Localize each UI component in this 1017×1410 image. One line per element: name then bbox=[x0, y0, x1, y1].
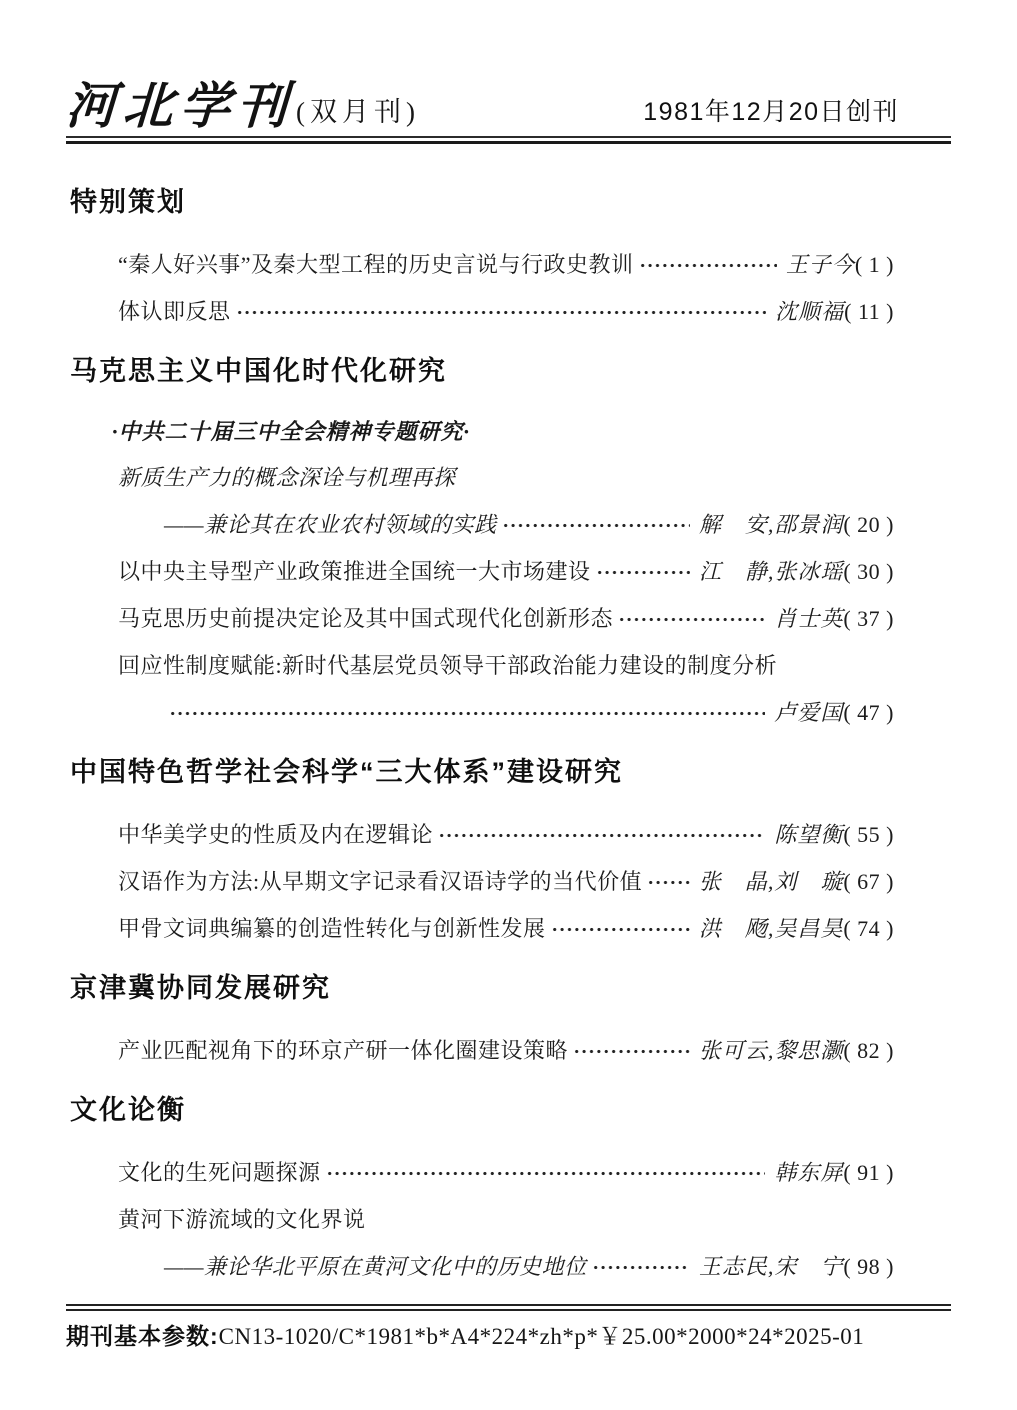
article-page-number: ( 74 ) bbox=[843, 916, 894, 941]
toc-entry: 产业匹配视角下的环京产研一体化圈建设策略 张可云,黎思灏( 82 ) bbox=[118, 1036, 951, 1066]
toc-section: 中国特色哲学社会科学“三大体系”建设研究 中华美学史的性质及内在逻辑论 陈望衡(… bbox=[66, 754, 951, 944]
article-ref: 江 静,张冰瑶( 30 ) bbox=[699, 557, 894, 587]
toc-section: 文化论衡 文化的生死问题探源 韩东屏( 91 ) 黄河下游流域的文化界说 ——兼… bbox=[66, 1092, 951, 1282]
article-authors: 卢爱国 bbox=[774, 700, 843, 725]
section-heading: 中国特色哲学社会科学“三大体系”建设研究 bbox=[70, 754, 951, 790]
article-title: 中华美学史的性质及内在逻辑论 bbox=[118, 820, 433, 850]
dot-leader bbox=[596, 568, 690, 577]
article-authors: 张 晶,刘 璇 bbox=[699, 869, 844, 894]
founding-date-label: 1981年12月20日创刊 bbox=[643, 92, 899, 132]
article-page-number: ( 20 ) bbox=[843, 512, 894, 537]
dot-leader bbox=[326, 1169, 766, 1178]
toc-entry: ——兼论华北平原在黄河文化中的历史地位 王志民,宋 宁( 98 ) bbox=[164, 1252, 951, 1282]
toc: 特别策划 “秦人好兴事”及秦大型工程的历史言说与行政史教训 王子今( 1 ) 体… bbox=[66, 184, 951, 1282]
journal-params-value: CN13-1020/C*1981*b*A4*224*zh*p*￥25.00*20… bbox=[219, 1324, 865, 1349]
toc-entry: 中华美学史的性质及内在逻辑论 陈望衡( 55 ) bbox=[118, 820, 951, 850]
article-page-number: ( 1 ) bbox=[855, 252, 894, 277]
toc-section: 特别策划 “秦人好兴事”及秦大型工程的历史言说与行政史教训 王子今( 1 ) 体… bbox=[66, 184, 951, 327]
dot-leader bbox=[618, 615, 765, 624]
article-ref: 洪 飏,吴昌昊( 74 ) bbox=[699, 914, 894, 944]
journal-params-label: 期刊基本参数: bbox=[66, 1323, 219, 1349]
article-ref: 解 安,邵景润( 20 ) bbox=[699, 510, 894, 540]
page-footer: 期刊基本参数:CN13-1020/C*1981*b*A4*224*zh*p*￥2… bbox=[66, 1304, 951, 1352]
article-ref: 王志民,宋 宁( 98 ) bbox=[699, 1252, 894, 1282]
article-title: 产业匹配视角下的环京产研一体化圈建设策略 bbox=[118, 1036, 568, 1066]
article-title-line: 新质生产力的概念深诠与机理再探 bbox=[118, 463, 951, 493]
section-heading: 特别策划 bbox=[70, 184, 951, 220]
toc-entry: 体认即反思 沈顺福( 11 ) bbox=[118, 297, 951, 327]
article-authors: 韩东屏 bbox=[774, 1160, 843, 1185]
toc-entry: 马克思历史前提决定论及其中国式现代化创新形态 肖士英( 37 ) bbox=[118, 604, 951, 634]
journal-toc-page: 河北学刊 (双月刊) 1981年12月20日创刊 特别策划 “秦人好兴事”及秦大… bbox=[0, 0, 1017, 1410]
special-topic-label: ·中共二十届三中全会精神专题研究· bbox=[112, 417, 951, 447]
article-page-number: ( 11 ) bbox=[844, 299, 894, 324]
article-authors: 江 静,张冰瑶 bbox=[699, 559, 844, 584]
article-title: 马克思历史前提决定论及其中国式现代化创新形态 bbox=[118, 604, 613, 634]
article-authors: 王志民,宋 宁 bbox=[699, 1254, 844, 1279]
article-authors: 洪 飏,吴昌昊 bbox=[699, 916, 844, 941]
article-page-number: ( 98 ) bbox=[843, 1254, 894, 1279]
toc-entry: 汉语作为方法:从早期文字记录看汉语诗学的当代价值 张 晶,刘 璇( 67 ) bbox=[118, 867, 951, 897]
article-ref: 张可云,黎思灏( 82 ) bbox=[699, 1036, 894, 1066]
header-double-rule bbox=[66, 136, 951, 144]
dot-leader bbox=[502, 521, 690, 530]
article-authors: 解 安,邵景润 bbox=[699, 512, 844, 537]
article-title: 以中央主导型产业政策推进全国统一大市场建设 bbox=[118, 557, 591, 587]
article-ref: 韩东屏( 91 ) bbox=[774, 1158, 894, 1188]
article-page-number: ( 82 ) bbox=[843, 1038, 894, 1063]
article-ref: 张 晶,刘 璇( 67 ) bbox=[699, 867, 894, 897]
article-ref: 沈顺福( 11 ) bbox=[775, 297, 894, 327]
dot-leader bbox=[169, 709, 765, 718]
journal-params: 期刊基本参数:CN13-1020/C*1981*b*A4*224*zh*p*￥2… bbox=[66, 1321, 951, 1352]
section-heading: 马克思主义中国化时代化研究 bbox=[70, 353, 951, 389]
toc-entry: 甲骨文词典编纂的创造性转化与创新性发展 洪 飏,吴昌昊( 74 ) bbox=[118, 914, 951, 944]
footer-double-rule bbox=[66, 1304, 951, 1311]
toc-entry: “秦人好兴事”及秦大型工程的历史言说与行政史教训 王子今( 1 ) bbox=[118, 250, 951, 280]
dot-leader bbox=[639, 261, 777, 270]
section-heading: 文化论衡 bbox=[70, 1092, 951, 1128]
article-page-number: ( 67 ) bbox=[843, 869, 894, 894]
article-subtitle: ——兼论其在农业农村领域的实践 bbox=[164, 510, 497, 540]
article-authors: 沈顺福 bbox=[775, 299, 844, 324]
toc-entry: 文化的生死问题探源 韩东屏( 91 ) bbox=[118, 1158, 951, 1188]
dot-leader bbox=[236, 308, 767, 317]
masthead: 河北学刊 (双月刊) 1981年12月20日创刊 bbox=[66, 80, 951, 132]
dot-leader bbox=[592, 1263, 690, 1272]
article-title: “秦人好兴事”及秦大型工程的历史言说与行政史教训 bbox=[118, 250, 634, 280]
dot-leader bbox=[647, 878, 690, 887]
article-ref: 卢爱国( 47 ) bbox=[774, 698, 894, 728]
article-subtitle: ——兼论华北平原在黄河文化中的历史地位 bbox=[164, 1252, 587, 1282]
article-page-number: ( 55 ) bbox=[843, 822, 894, 847]
article-title: 甲骨文词典编纂的创造性转化与创新性发展 bbox=[118, 914, 546, 944]
article-page-number: ( 47 ) bbox=[843, 700, 894, 725]
toc-section: 马克思主义中国化时代化研究 ·中共二十届三中全会精神专题研究· 新质生产力的概念… bbox=[66, 353, 951, 728]
article-page-number: ( 30 ) bbox=[843, 559, 894, 584]
article-ref: 王子今( 1 ) bbox=[786, 250, 894, 280]
dot-leader bbox=[551, 925, 690, 934]
article-authors: 肖士英 bbox=[774, 606, 843, 631]
article-title-line: 回应性制度赋能:新时代基层党员领导干部政治能力建设的制度分析 bbox=[118, 651, 951, 681]
article-title-line: 黄河下游流域的文化界说 bbox=[118, 1205, 951, 1235]
article-title: 体认即反思 bbox=[118, 297, 231, 327]
article-authors: 陈望衡 bbox=[774, 822, 843, 847]
article-page-number: ( 37 ) bbox=[843, 606, 894, 631]
article-ref: 陈望衡( 55 ) bbox=[774, 820, 894, 850]
section-heading: 京津冀协同发展研究 bbox=[70, 970, 951, 1006]
dot-leader bbox=[573, 1047, 690, 1056]
article-page-number: ( 91 ) bbox=[843, 1160, 894, 1185]
dot-leader bbox=[438, 831, 765, 840]
article-ref: 肖士英( 37 ) bbox=[774, 604, 894, 634]
journal-logo: 河北学刊 bbox=[65, 80, 296, 132]
article-authors: 王子今 bbox=[786, 252, 855, 277]
article-title: 文化的生死问题探源 bbox=[118, 1158, 321, 1188]
journal-edition-label: (双月刊) bbox=[296, 92, 420, 132]
article-title: 汉语作为方法:从早期文字记录看汉语诗学的当代价值 bbox=[118, 867, 642, 897]
toc-entry: ——兼论其在农业农村领域的实践 解 安,邵景润( 20 ) bbox=[164, 510, 951, 540]
toc-entry: 以中央主导型产业政策推进全国统一大市场建设 江 静,张冰瑶( 30 ) bbox=[118, 557, 951, 587]
toc-section: 京津冀协同发展研究 产业匹配视角下的环京产研一体化圈建设策略 张可云,黎思灏( … bbox=[66, 970, 951, 1066]
article-authors: 张可云,黎思灏 bbox=[699, 1038, 844, 1063]
toc-entry: 卢爱国( 47 ) bbox=[164, 698, 951, 728]
